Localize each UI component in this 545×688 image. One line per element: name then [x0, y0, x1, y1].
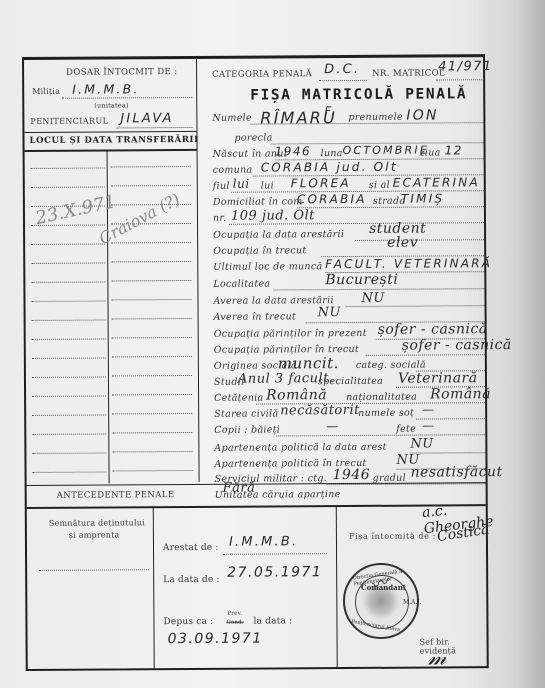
transfer-row-line-right	[112, 432, 192, 433]
averea-arest-label: Averea la data arestării	[213, 295, 333, 307]
bottom-right-divider	[336, 505, 338, 668]
averea-arest-value: NU	[361, 291, 384, 306]
originea-value: muncit.	[278, 354, 339, 372]
transfer-row-line-right	[112, 413, 192, 414]
la-data-label: La data de :	[163, 575, 220, 585]
transfer-row-line-right	[111, 242, 191, 243]
domiciliat-value: CORABIA	[297, 192, 367, 206]
copii-fete-label: fete	[396, 424, 416, 435]
localitatea-label: Localitatea	[213, 278, 270, 289]
page-title: FIȘA MATRICOLĂ PENALĂ	[250, 86, 467, 103]
transfers-heading: LOCUL ȘI DATA TRANSFERĂRII	[29, 135, 198, 146]
specialitatea-label: specialitatea	[318, 376, 383, 387]
militia-label: Miliția	[32, 87, 60, 96]
serviciul-militar-value: 1946	[333, 467, 371, 483]
cetatenia-value: Română	[266, 387, 327, 403]
transfer-row-line-right	[111, 280, 191, 281]
transfer-row-line-left	[31, 186, 105, 187]
transfers-top-rule	[24, 131, 196, 133]
domiciliat-label: Domiciliat în com	[213, 196, 303, 208]
averea-trecut-value: NU	[318, 305, 341, 320]
transfer-row-line-left	[31, 281, 105, 282]
tatal-label: lui	[261, 180, 274, 191]
transfer-row-line-right	[111, 185, 191, 186]
field-underline	[276, 434, 485, 436]
transfer-row-line-left	[32, 433, 106, 434]
specialitatea-value: Veterinară	[398, 370, 478, 386]
militia-value: I.M.M.B.	[72, 81, 139, 96]
fisa-intocmita-label: Fișa întocmită de :	[349, 531, 436, 541]
transfer-row-line-right	[112, 451, 192, 452]
transfer-row-line-left	[32, 414, 106, 415]
ocupatia-trecut-value: elev	[387, 235, 418, 251]
document-frame: DOSAR ÎNTOCMIT DE : Miliția I.M.M.B. (un…	[22, 54, 489, 671]
transfer-row-line-left	[32, 395, 106, 396]
parinti-prezent-label: Ocupația părinților în prezent	[214, 328, 367, 340]
numele-sot-label: numele soț	[358, 408, 414, 419]
categoria-label: CATEGORIA PENALĂ	[212, 69, 312, 80]
dosar-label: DOSAR ÎNTOCMIT DE :	[66, 67, 177, 78]
categ-sociala-label: categ. socială	[356, 360, 426, 371]
transfer-row-line-left	[31, 167, 105, 168]
transfer-row-line-left	[32, 338, 106, 339]
nationalitatea-label: naționalitatea	[346, 392, 417, 403]
penitenciarul-underline	[116, 127, 192, 128]
copii-baieti-value: —	[326, 419, 340, 433]
arestat-underline	[223, 553, 327, 555]
field-underline	[410, 452, 485, 453]
semnatura-label-2: și amprenta	[69, 530, 120, 539]
transfer-date-pencil: 23.X.971	[34, 191, 118, 229]
comuna-label: comuna	[213, 165, 253, 176]
transfer-row-line-left	[32, 319, 106, 320]
semnatura-label-1: Semnătura deținutului	[49, 518, 145, 528]
transfer-row-line-left	[33, 471, 107, 472]
ocupatia-trecut-label: Ocupația în trecut	[213, 245, 306, 257]
categoria-underline	[319, 80, 367, 81]
depus-prev: Prev.	[227, 611, 242, 617]
fiul-value: lui	[233, 177, 250, 191]
transfer-row-line-left	[32, 376, 106, 377]
matricol-label: Nr. MATRICOL	[372, 68, 445, 78]
depus-la-data-label: la data :	[253, 616, 292, 626]
transfers-rows	[24, 57, 483, 60]
nascut-value: 1946	[275, 144, 312, 158]
porecla-label: porecla	[234, 132, 272, 143]
depus-la-data-value: 03.09.1971	[168, 631, 263, 648]
antecedente-value: Fără	[223, 481, 256, 496]
gradul-value: nesatisfăcut	[410, 464, 502, 481]
transfer-row-line-right	[112, 356, 192, 357]
arestat-value: I.M.M.B.	[229, 534, 298, 549]
unitatea-label: (unitatea)	[94, 101, 128, 109]
prenumele-value: ION	[406, 107, 438, 123]
prenumele-label: prenumele	[348, 112, 403, 123]
cetatenia-label: Cetățenia	[214, 393, 263, 404]
depus-label: Depus ca :	[163, 617, 213, 627]
ziua-value: 12	[445, 143, 463, 157]
la-data-value: 27.05.1971	[227, 564, 322, 581]
transfer-row-line-left	[32, 452, 106, 453]
starea-civila-value: necăsătorit	[280, 403, 360, 418]
depus-cond: Cond.	[226, 620, 243, 626]
penitenciarul-label: PENITENCIARUL	[30, 116, 108, 125]
matricol-value: 41/971	[438, 59, 493, 74]
stamp-side-text: M.A.I.	[403, 599, 422, 606]
apartenenta-arest-label: Apartenența politică la data arest	[214, 442, 386, 454]
nationalitatea-value: Română	[430, 386, 491, 402]
tatal-value: FLOREA	[291, 176, 351, 190]
categoria-value: D.C.	[324, 62, 360, 77]
bottom-left-divider	[153, 506, 155, 669]
luna-label: luna	[321, 148, 343, 159]
parinti-prezent-value: șofer - casnică	[378, 321, 488, 338]
transfer-row-line-right	[113, 470, 193, 471]
nr-label: nr.	[213, 213, 227, 224]
fields-area: NumeleRÎMARUF.prenumeleIONporeclaNăscut …	[24, 57, 483, 60]
copii-baieti-label: Copii : băieți	[214, 424, 280, 435]
numele-label: Numele	[212, 113, 252, 124]
initiala-value: F.	[324, 104, 336, 118]
comuna-value: CORABIA jud. Olt	[261, 160, 398, 175]
numele-sot-value: —	[422, 402, 436, 416]
fiul-label: fiul	[213, 181, 230, 192]
semnatura-line	[39, 569, 149, 571]
strada-value: TIMIȘ	[401, 191, 444, 205]
copii-fete-value: —	[422, 418, 436, 432]
paper-edge-shadow	[517, 0, 545, 688]
field-underline	[366, 354, 485, 356]
ziua-label: ziua	[420, 147, 441, 158]
averea-trecut-label: Averea în trecut	[214, 311, 297, 323]
antecedente-label: ANTECEDENTE PENALE	[57, 490, 175, 501]
transfer-row-line-left	[31, 300, 105, 301]
transfer-row-line-right	[111, 261, 191, 262]
localitatea-value: București	[325, 272, 398, 288]
parinti-trecut-value: șofer - casnică	[402, 337, 512, 354]
nr-value: 109 jud. Olt	[231, 208, 315, 224]
transfer-row-line-left	[31, 262, 105, 263]
antecedente-bottom-rule	[27, 504, 486, 509]
matricol-underline	[436, 79, 482, 80]
transfer-row-line-right	[112, 394, 192, 395]
mama-value: ECATERINA	[393, 175, 480, 190]
transfer-row-line-right	[111, 299, 191, 300]
transfer-row-line-right	[112, 337, 192, 338]
arestat-label: Arestat de :	[163, 543, 219, 553]
militia-underline	[62, 97, 192, 99]
ultimul-loc-label: Ultimul loc de muncă	[213, 261, 322, 273]
transfer-row-line-right	[111, 166, 191, 167]
left-column-divider	[196, 57, 200, 482]
apartenenta-arest-value: NU	[410, 436, 433, 451]
starea-civila-label: Starea civilă	[214, 408, 278, 419]
ocupatia-arest-label: Ocupația la data arestării	[213, 229, 344, 241]
transfer-row-line-left	[31, 243, 105, 244]
penitenciarul-value: JILAVA	[120, 111, 173, 126]
transfers-heading-rule	[25, 149, 197, 152]
luna-value: OCTOMBRIE	[343, 144, 429, 158]
ultimul-loc-value: FACULT. VETERINARĂ	[325, 256, 492, 271]
sef-signature: 𝓂	[428, 645, 447, 670]
field-underline	[355, 239, 484, 241]
transfer-row-line-right	[112, 375, 192, 376]
transfer-row-line-left	[32, 357, 106, 358]
transfer-row-line-right	[112, 318, 192, 319]
mama-label: și al	[369, 180, 390, 191]
